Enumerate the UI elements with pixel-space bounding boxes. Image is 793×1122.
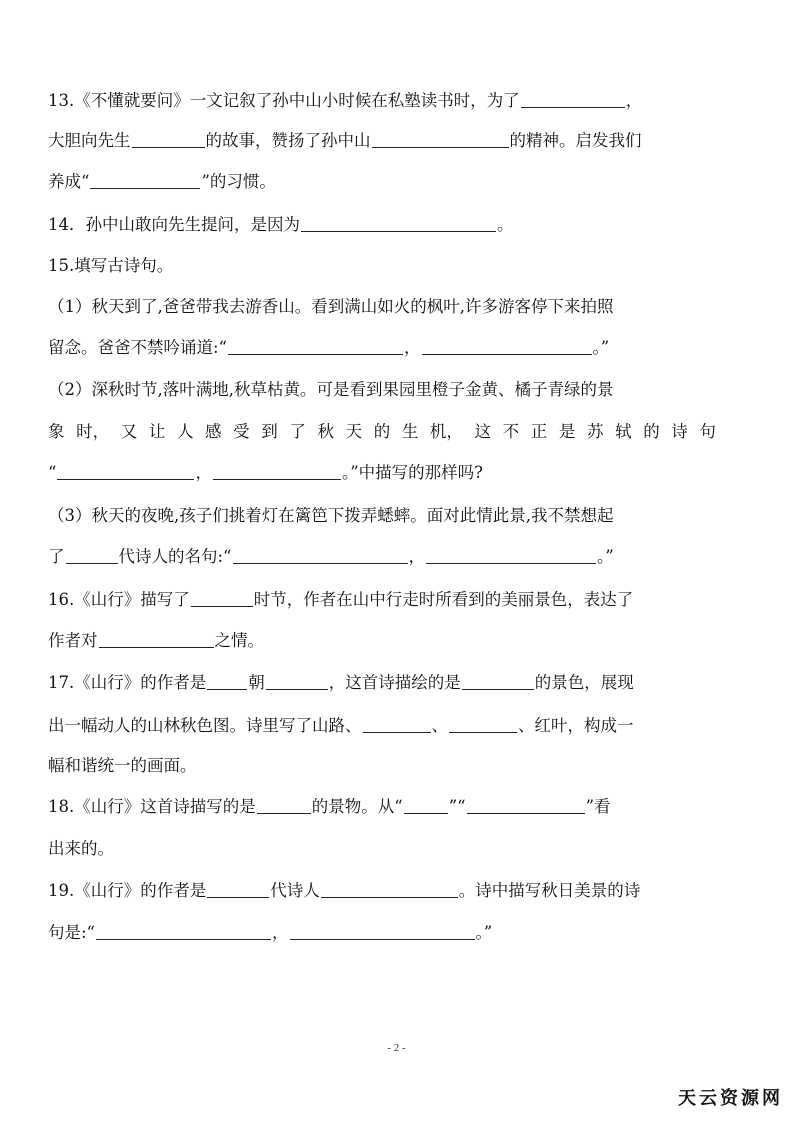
fill-in-blank[interactable] — [426, 562, 596, 564]
fill-in-blank[interactable] — [321, 896, 458, 898]
fill-in-blank[interactable] — [191, 605, 253, 607]
fill-in-blank[interactable] — [90, 187, 200, 189]
line-text: 的 — [374, 417, 391, 447]
text-line: 出一幅动人的山林秋色图。诗里写了山路、、、红叶，构成一 — [48, 711, 716, 741]
text-line: （2）深秋时节,落叶满地,秋草枯黄。可是看到果园里橙子金黄、橘子青绿的景 — [48, 375, 716, 405]
line-text: 受 — [233, 417, 250, 447]
text-line: “，。”中描写的那样吗? — [48, 458, 716, 488]
fill-in-blank[interactable] — [257, 812, 311, 814]
text-line: 19.《山行》的作者是代诗人。诗中描写秋日美景的诗 — [48, 876, 716, 906]
line-text: 13.《不懂就要问》一文记叙了孙中山小时候在私塾读书时，为了 — [48, 86, 520, 116]
fill-in-blank[interactable] — [363, 731, 431, 733]
line-text: 时， — [76, 417, 109, 447]
fill-in-blank[interactable] — [213, 478, 341, 480]
line-text: 、红叶，构成一 — [518, 711, 634, 741]
line-text: ”看 — [586, 792, 611, 822]
line-text: 又 — [121, 417, 138, 447]
text-line: 作者对之情。 — [48, 626, 716, 656]
line-text: 了 — [48, 542, 65, 572]
line-text: 。”中描写的那样吗? — [342, 458, 483, 488]
text-line: 养成“”的习惯。 — [48, 167, 716, 197]
line-text: 句是:“ — [48, 918, 95, 948]
line-text: 的精神。启发我们 — [510, 126, 642, 156]
line-text: 机， — [430, 417, 463, 447]
fill-in-blank[interactable] — [266, 688, 328, 690]
fill-in-blank[interactable] — [233, 562, 408, 564]
line-text: 之情。 — [215, 626, 265, 656]
line-text: 幅和谐统一的画面。 — [48, 751, 197, 781]
document-page: 13.《不懂就要问》一文记叙了孙中山小时候在私塾读书时，为了，大胆向先生的故事，… — [0, 0, 793, 1122]
fill-in-blank[interactable] — [96, 938, 271, 940]
line-text: ，这首诗描绘的是 — [329, 668, 461, 698]
fill-in-blank[interactable] — [372, 146, 509, 148]
fill-in-blank[interactable] — [99, 646, 214, 648]
text-line: 象时，又让人感受到了秋天的生机，这不正是苏轼的诗句 — [48, 417, 716, 447]
line-text: 是 — [559, 417, 576, 447]
text-line: （1）秋天到了,爸爸带我去游香山。看到满山如火的枫叶,许多游客停下来拍照 — [48, 292, 716, 322]
fill-in-blank[interactable] — [207, 688, 247, 690]
fill-in-blank[interactable] — [290, 938, 475, 940]
line-text: 19.《山行》的作者是 — [48, 876, 206, 906]
site-watermark: 天云资源网 — [678, 1084, 783, 1110]
line-text: 。诗中描写秋日美景的诗 — [459, 876, 641, 906]
fill-in-blank[interactable] — [207, 896, 269, 898]
fill-in-blank[interactable] — [57, 478, 194, 480]
line-text: 这 — [475, 417, 492, 447]
text-line: 句是:“，。” — [48, 918, 716, 948]
line-text: 的故事，赞扬了孙中山 — [206, 126, 371, 156]
line-text: 15.填写古诗句。 — [48, 251, 173, 281]
line-text: 。” — [597, 542, 614, 572]
fill-in-blank[interactable] — [467, 812, 585, 814]
line-text: ， — [272, 918, 289, 948]
text-line: 17.《山行》的作者是朝，这首诗描绘的是的景色，展现 — [48, 668, 716, 698]
line-text: 留念。爸爸不禁吟诵道:“ — [48, 333, 227, 363]
line-text: （1）秋天到了,爸爸带我去游香山。看到满山如火的枫叶,许多游客停下来拍照 — [48, 292, 614, 322]
line-text: ”“ — [449, 792, 466, 822]
text-line: 幅和谐统一的画面。 — [48, 751, 716, 781]
line-text: 苏 — [587, 417, 604, 447]
fill-in-blank[interactable] — [301, 230, 496, 232]
text-line: （3）秋天的夜晚,孩子们挑着灯在篱笆下拨弄蟋蟀。面对此情此景,我不禁想起 — [48, 501, 716, 531]
line-text: 诗 — [671, 417, 688, 447]
fill-in-blank[interactable] — [449, 731, 517, 733]
fill-in-blank[interactable] — [422, 353, 592, 355]
line-text: 秋 — [317, 417, 334, 447]
page-number: - 2 - — [0, 1042, 793, 1054]
line-text: 16.《山行》描写了 — [48, 585, 190, 615]
line-text: 的景物。从“ — [312, 792, 403, 822]
fill-in-blank[interactable] — [132, 146, 205, 148]
line-text: 正 — [531, 417, 548, 447]
line-text: ， — [404, 333, 421, 363]
fill-in-blank[interactable] — [66, 562, 118, 564]
line-text: 作者对 — [48, 626, 98, 656]
fill-in-blank[interactable] — [521, 106, 625, 108]
text-line: 14．孙中山敢向先生提问，是因为。 — [48, 210, 716, 240]
line-text: “ — [48, 458, 56, 488]
line-text: 不 — [503, 417, 520, 447]
line-text: 大胆向先生 — [48, 126, 131, 156]
line-text: 17.《山行》的作者是 — [48, 668, 206, 698]
line-text: 的景色，展现 — [535, 668, 634, 698]
text-line: 18.《山行》这首诗描写的是的景物。从“”“”看 — [48, 792, 716, 822]
line-text: 了 — [289, 417, 306, 447]
line-text: 感 — [205, 417, 222, 447]
line-text: ， — [626, 86, 643, 116]
fill-in-blank[interactable] — [228, 353, 403, 355]
line-text: 到 — [261, 417, 278, 447]
line-text: 。” — [476, 918, 493, 948]
line-text: ， — [409, 542, 426, 572]
line-text: 轼 — [615, 417, 632, 447]
line-text: 、 — [432, 711, 449, 741]
line-text: 出来的。 — [48, 834, 114, 864]
line-text: 养成“ — [48, 167, 89, 197]
line-text: 出一幅动人的山林秋色图。诗里写了山路、 — [48, 711, 362, 741]
text-line: 了代诗人的名句:“，。” — [48, 542, 716, 572]
line-text: 18.《山行》这首诗描写的是 — [48, 792, 256, 822]
line-text: ， — [195, 458, 212, 488]
line-text: 象 — [48, 417, 65, 447]
line-text: 代诗人 — [270, 876, 320, 906]
line-text: 人 — [177, 417, 194, 447]
line-text: （2）深秋时节,落叶满地,秋草枯黄。可是看到果园里橙子金黄、橘子青绿的景 — [48, 375, 614, 405]
text-line: 15.填写古诗句。 — [48, 251, 716, 281]
line-text: 生 — [402, 417, 419, 447]
line-text: 。 — [497, 210, 514, 240]
text-line: 16.《山行》描写了时节，作者在山中行走时所看到的美丽景色，表达了 — [48, 585, 716, 615]
line-text: ”的习惯。 — [201, 167, 275, 197]
line-text: （3）秋天的夜晚,孩子们挑着灯在篱笆下拨弄蟋蟀。面对此情此景,我不禁想起 — [48, 501, 614, 531]
line-text: 代诗人的名句:“ — [119, 542, 232, 572]
fill-in-blank[interactable] — [404, 812, 448, 814]
text-line: 出来的。 — [48, 834, 716, 864]
line-text: 的 — [643, 417, 660, 447]
text-line: 13.《不懂就要问》一文记叙了孙中山小时候在私塾读书时，为了， — [48, 86, 716, 116]
text-line: 留念。爸爸不禁吟诵道:“，。” — [48, 333, 716, 363]
line-text: 朝 — [248, 668, 265, 698]
text-line: 大胆向先生的故事，赞扬了孙中山的精神。启发我们 — [48, 126, 716, 156]
line-text: 天 — [346, 417, 363, 447]
line-text: 时节，作者在山中行走时所看到的美丽景色，表达了 — [254, 585, 634, 615]
line-text: 。” — [593, 333, 610, 363]
line-text: 让 — [149, 417, 166, 447]
line-text: 14．孙中山敢向先生提问，是因为 — [48, 210, 300, 240]
fill-in-blank[interactable] — [462, 688, 534, 690]
line-text: 句 — [699, 417, 716, 447]
